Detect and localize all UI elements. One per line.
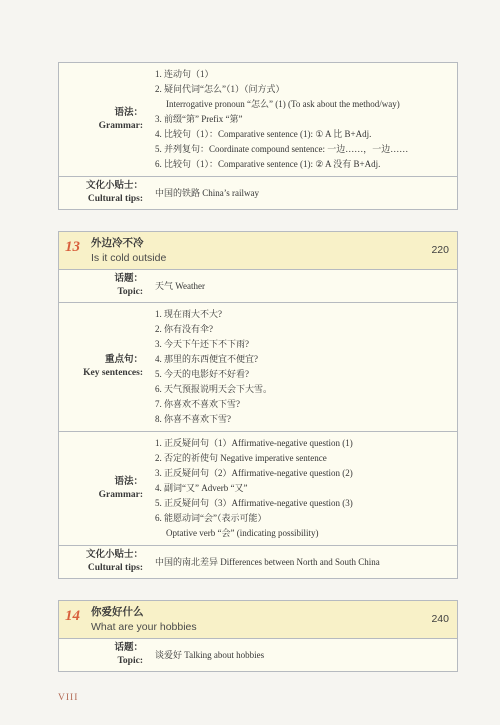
content-line: 5. 并列复句：Coordinate compound sentence: 一边… xyxy=(155,142,451,157)
content-line: 4. 副词“又” Adverb “又” xyxy=(155,481,451,496)
toc-row: 重点句：Key sentences:1. 现在雨大不大?2. 你有没有伞?3. … xyxy=(59,302,457,431)
content-line: 5. 今天的电影好不好看? xyxy=(155,367,451,382)
content-line: 4. 那里的东西便宜不便宜? xyxy=(155,352,451,367)
lesson-table: 14你爱好什么What are your hobbies240话题：Topic:… xyxy=(58,600,458,672)
lesson-page-number: 220 xyxy=(431,236,449,256)
content-line: 6. 天气预报说明天会下大雪。 xyxy=(155,382,451,397)
content-line: 6. 比较句（1）：Comparative sentence (1): ② A … xyxy=(155,157,451,172)
content-line: 5. 正反疑问句（3）Affirmative-negative question… xyxy=(155,496,451,511)
content-line: 1. 连动句（1） xyxy=(155,67,451,82)
lesson-title-en: What are your hobbies xyxy=(91,620,197,635)
lesson-page-number: 240 xyxy=(431,605,449,625)
row-content: 中国的南北差异 Differences between North and So… xyxy=(151,549,457,575)
lesson-title-zh: 你爱好什么 xyxy=(91,605,197,620)
content-line: 谈爱好 Talking about hobbies xyxy=(155,648,451,663)
lesson-title-en: Is it cold outside xyxy=(91,251,166,266)
row-content: 1. 正反疑问句（1）Affirmative-negative question… xyxy=(151,435,457,542)
toc-page: 语法：Grammar:1. 连动句（1）2. 疑问代词“怎么”（1）（问方式）I… xyxy=(0,0,500,725)
row-content: 中国的铁路 China’s railway xyxy=(151,180,457,206)
content-line: 3. 前缀“第” Prefix “第” xyxy=(155,112,451,127)
row-label-zh: 文化小贴士： xyxy=(59,180,143,193)
toc-row: 语法：Grammar:1. 正反疑问句（1）Affirmative-negati… xyxy=(59,431,457,545)
content-line: 2. 你有没有伞? xyxy=(155,322,451,337)
lesson-titles: 外边冷不冷Is it cold outside xyxy=(91,236,166,266)
lesson-title-zh: 外边冷不冷 xyxy=(91,236,166,251)
row-label-en: Topic: xyxy=(59,655,143,668)
content-line: 2. 否定的祈使句 Negative imperative sentence xyxy=(155,451,451,466)
row-label: 话题：Topic: xyxy=(59,642,151,668)
content-line: 6. 能愿动词“会”（表示可能） xyxy=(155,511,451,526)
content-line: 中国的铁路 China’s railway xyxy=(155,186,451,201)
toc-sections: 语法：Grammar:1. 连动句（1）2. 疑问代词“怎么”（1）（问方式）I… xyxy=(58,62,458,672)
toc-row: 文化小贴士：Cultural tips:中国的铁路 China’s railwa… xyxy=(59,176,457,209)
toc-row: 话题：Topic:天气 Weather xyxy=(59,270,457,302)
row-label: 文化小贴士：Cultural tips: xyxy=(59,180,151,206)
row-content: 1. 连动句（1）2. 疑问代词“怎么”（1）（问方式）Interrogativ… xyxy=(151,66,457,173)
content-line: 天气 Weather xyxy=(155,279,451,294)
row-label: 话题：Topic: xyxy=(59,273,151,299)
toc-row: 文化小贴士：Cultural tips:中国的南北差异 Differences … xyxy=(59,545,457,578)
row-label-zh: 话题： xyxy=(59,642,143,655)
row-label-zh: 语法： xyxy=(59,107,143,120)
lesson-header: 13外边冷不冷Is it cold outside220 xyxy=(59,232,457,270)
lesson-table: 13外边冷不冷Is it cold outside220话题：Topic:天气 … xyxy=(58,231,458,579)
lesson-titles: 你爱好什么What are your hobbies xyxy=(91,605,197,635)
lesson-header: 14你爱好什么What are your hobbies240 xyxy=(59,601,457,639)
toc-row: 话题：Topic:谈爱好 Talking about hobbies xyxy=(59,639,457,671)
toc-row: 语法：Grammar:1. 连动句（1）2. 疑问代词“怎么”（1）（问方式）I… xyxy=(59,63,457,176)
content-line: Optative verb “会” (indicating possibilit… xyxy=(155,526,451,541)
content-line: 4. 比较句（1）：Comparative sentence (1): ① A … xyxy=(155,127,451,142)
content-line: 3. 今天下午还下不下雨? xyxy=(155,337,451,352)
row-label-en: Grammar: xyxy=(59,120,143,133)
row-label: 语法：Grammar: xyxy=(59,435,151,542)
row-label-en: Topic: xyxy=(59,286,143,299)
row-label-en: Key sentences: xyxy=(59,367,143,380)
content-line: 8. 你喜不喜欢下雪? xyxy=(155,412,451,427)
row-content: 天气 Weather xyxy=(151,273,457,299)
content-line: 2. 疑问代词“怎么”（1）（问方式） xyxy=(155,82,451,97)
content-line: Interrogative pronoun “怎么” (1) (To ask a… xyxy=(155,97,451,112)
content-line: 7. 你喜欢不喜欢下雪? xyxy=(155,397,451,412)
page-footer-number: VIII xyxy=(58,693,458,703)
row-label-zh: 文化小贴士： xyxy=(59,549,143,562)
row-label: 重点句：Key sentences: xyxy=(59,306,151,428)
row-label: 文化小贴士：Cultural tips: xyxy=(59,549,151,575)
row-label-en: Grammar: xyxy=(59,489,143,502)
row-content: 谈爱好 Talking about hobbies xyxy=(151,642,457,668)
content-line: 中国的南北差异 Differences between North and So… xyxy=(155,555,451,570)
continuation-table: 语法：Grammar:1. 连动句（1）2. 疑问代词“怎么”（1）（问方式）I… xyxy=(58,62,458,210)
row-label-en: Cultural tips: xyxy=(59,562,143,575)
row-label-zh: 话题： xyxy=(59,273,143,286)
lesson-number: 14 xyxy=(65,605,91,625)
content-line: 3. 正反疑问句（2）Affirmative-negative question… xyxy=(155,466,451,481)
lesson-number: 13 xyxy=(65,236,91,256)
content-line: 1. 正反疑问句（1）Affirmative-negative question… xyxy=(155,436,451,451)
row-label-zh: 重点句： xyxy=(59,354,143,367)
row-label-zh: 语法： xyxy=(59,476,143,489)
row-content: 1. 现在雨大不大?2. 你有没有伞?3. 今天下午还下不下雨?4. 那里的东西… xyxy=(151,306,457,428)
row-label: 语法：Grammar: xyxy=(59,66,151,173)
row-label-en: Cultural tips: xyxy=(59,193,143,206)
content-line: 1. 现在雨大不大? xyxy=(155,307,451,322)
